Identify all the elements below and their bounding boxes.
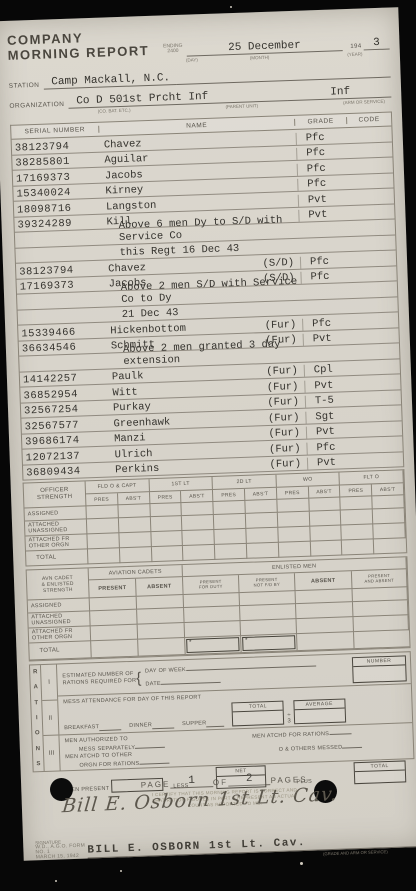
signature-caption-block: SIGNATURE W.D., A.G.O. FORM NO. 1 MARCH … xyxy=(35,839,88,861)
grade-value: Pvt xyxy=(298,208,350,222)
strength-empty-cell xyxy=(138,638,186,657)
officer-empty-cell xyxy=(215,544,247,560)
duty-status: (Fur) xyxy=(269,458,307,471)
officer-empty-cell xyxy=(246,528,278,544)
officer-empty-cell xyxy=(373,523,405,539)
officer-empty-cell xyxy=(182,515,214,531)
strength-empty-cell xyxy=(90,610,137,627)
enlisted-absent-subheader: ABSENT xyxy=(295,571,353,591)
grade-value: Pfc xyxy=(296,131,348,145)
officer-empty-cell xyxy=(86,505,118,519)
col-grade: GRADE xyxy=(295,117,347,126)
others-messed-line: O & OTHERS MESSED xyxy=(253,740,410,754)
grade-value: Pfc xyxy=(296,146,348,160)
officer-empty-cell xyxy=(119,532,151,548)
officer-empty-cell xyxy=(118,504,150,518)
officer-empty-cell xyxy=(183,530,215,546)
footnote-asterisk: * xyxy=(189,640,192,646)
officer-empty-cell xyxy=(373,508,405,524)
officer-empty-cell xyxy=(372,495,404,509)
footnote-asterisk: * xyxy=(245,638,248,644)
grade-value: Pfc xyxy=(302,316,354,330)
rations-section: RATIONS I II III ESTIMATED NUMBER OF RAT… xyxy=(29,651,415,772)
supper-label: SUPPER xyxy=(182,720,207,728)
officer-empty-cell xyxy=(246,513,278,529)
officer-strength-table: OFFICERSTRENGTHFLD O & CAPT1ST LT2D LTWO… xyxy=(23,469,408,566)
officer-empty-cell xyxy=(88,548,120,564)
officer-empty-cell xyxy=(374,538,406,554)
total-count-box: * xyxy=(241,634,298,653)
grade-value: Cpl xyxy=(304,363,356,377)
breakfast-label: BREAKFAST xyxy=(64,724,99,732)
officer-empty-cell xyxy=(341,496,373,510)
grade-value: Pvt xyxy=(304,378,356,392)
strength-empty-cell xyxy=(354,630,410,649)
grade-value: T-5 xyxy=(305,394,357,408)
officer-empty-cell xyxy=(245,500,277,514)
ending-2400-label: ENDING 2400 xyxy=(163,44,183,55)
atchd-rations-line: MEN ATCHD FOR RATIONS xyxy=(252,726,409,740)
officer-empty-cell xyxy=(310,525,342,541)
year-prefix: 194 xyxy=(350,44,361,50)
officer-row-label: TOTAL xyxy=(26,549,88,566)
officer-empty-cell xyxy=(310,540,342,556)
serial-number: 36809434 xyxy=(23,465,111,480)
strength-empty-cell xyxy=(91,625,138,642)
station-underline xyxy=(176,77,390,85)
grade-value: Pvt xyxy=(298,193,350,207)
roster-body: 38123794ChavezPfc38285801AguilarPfc17169… xyxy=(12,127,404,481)
total-count-box: * xyxy=(185,636,242,655)
grade-value: Sgt xyxy=(305,409,357,423)
number-box: NUMBER xyxy=(352,655,407,683)
rations-letter: I xyxy=(36,715,38,721)
officer-empty-cell xyxy=(309,498,341,512)
station-label: STATION xyxy=(9,82,40,91)
rations-letter: O xyxy=(35,730,40,736)
rations-letter: N xyxy=(36,746,41,752)
duty-status: (Fur) xyxy=(267,380,305,393)
roster-table: SERIAL NUMBER NAME GRADE CODE 38123794Ch… xyxy=(10,111,404,480)
officer-empty-cell xyxy=(247,543,279,559)
grade-value: Pfc xyxy=(300,270,352,284)
officer-empty-cell xyxy=(182,502,214,516)
officer-empty-cell xyxy=(279,542,311,558)
present-and-absent-subheader: PRESENTAND ABSENT xyxy=(352,569,408,589)
scan-speck xyxy=(300,862,303,865)
duty-status: (Fur) xyxy=(265,318,303,331)
rations-letter: R xyxy=(33,669,38,675)
morning-report-sheet: COMPANY MORNING REPORT ENDING 2400 25 De… xyxy=(0,7,416,861)
rations-numeral-3: III xyxy=(43,736,59,771)
col-serial-number: SERIAL NUMBER xyxy=(11,126,99,136)
mess-total-box: TOTAL xyxy=(232,701,285,727)
grade-value: Pfc xyxy=(297,177,349,191)
form-title: COMPANY MORNING REPORT ENDING 2400 25 De… xyxy=(7,20,390,69)
rations-letter: T xyxy=(34,700,38,706)
officer-empty-cell xyxy=(150,516,182,532)
officer-empty-cell xyxy=(87,533,119,549)
strength-empty-cell xyxy=(91,640,139,659)
grade-value: Pfc xyxy=(297,162,349,176)
officer-empty-cell xyxy=(120,547,152,563)
rations-numeral-2: II xyxy=(42,700,58,736)
duty-status: (Fur) xyxy=(267,396,305,409)
rations-letter: A xyxy=(33,685,38,691)
officer-empty-cell xyxy=(341,509,373,525)
officer-empty-cell xyxy=(342,539,374,555)
duty-status: (Fur) xyxy=(268,411,306,424)
rations-numeral-1: I xyxy=(41,665,57,701)
officer-empty-cell xyxy=(277,499,309,513)
strength-empty-cell xyxy=(137,608,184,625)
grade-value: Pfc xyxy=(300,254,352,268)
officer-empty-cell xyxy=(309,511,341,527)
year-digit: 3 xyxy=(363,37,389,51)
present-not-fd-subheader: PRESENTNOT F/D BY xyxy=(239,573,296,593)
officer-empty-cell xyxy=(214,501,246,515)
rations-letter: S xyxy=(36,761,40,767)
grade-value: Pvt xyxy=(303,332,355,346)
grade-value: Pvt xyxy=(307,456,359,470)
officer-empty-cell xyxy=(183,545,215,561)
strength-empty-cell xyxy=(297,632,355,651)
scan-speck xyxy=(120,870,122,872)
officer-empty-cell xyxy=(278,527,310,543)
code-cell xyxy=(359,466,403,468)
dinner-label: DINNER xyxy=(129,722,152,730)
station-value: Camp Mackall, N.C. xyxy=(43,72,176,90)
average-box: AVERAGE xyxy=(293,698,346,724)
duty-status: (Fur) xyxy=(266,365,304,378)
duty-status: (S/D) xyxy=(262,256,300,269)
strength-empty-cell xyxy=(138,623,185,640)
officer-empty-cell xyxy=(150,503,182,517)
enlisted-strength-table: AVN CADET& ENLISTEDSTRENGTHAVIATION CADE… xyxy=(26,556,411,661)
grade-value: Pvt xyxy=(306,425,358,439)
divide-by-three: ÷3 xyxy=(287,712,291,724)
officer-empty-cell xyxy=(215,529,247,545)
officer-empty-cell xyxy=(342,524,374,540)
officer-empty-cell xyxy=(151,531,183,547)
officer-strength-header: OFFICERSTRENGTH xyxy=(24,481,87,508)
duty-status: (Fur) xyxy=(268,427,306,440)
avn-cadet-strength-header: AVN CADET& ENLISTEDSTRENGTH xyxy=(27,568,90,600)
officer-empty-cell xyxy=(119,517,151,533)
brace-glyph: { xyxy=(136,669,142,686)
strength-row-label: TOTAL xyxy=(29,641,92,660)
cadet-present-subheader: PRESENT xyxy=(89,579,137,599)
col-code: CODE xyxy=(347,116,391,125)
cadet-absent-subheader: ABSENT xyxy=(136,577,184,597)
officer-empty-cell xyxy=(214,514,246,530)
officer-empty-cell xyxy=(87,518,119,534)
officer-empty-cell xyxy=(152,546,184,562)
scan-speck xyxy=(230,6,232,8)
date-field: DATE xyxy=(145,672,352,688)
duty-status: (Fur) xyxy=(269,442,307,455)
scan-speck xyxy=(55,880,57,882)
officer-empty-cell xyxy=(278,512,310,528)
present-for-duty-subheader: PRESENTFOR DUTY xyxy=(183,575,240,595)
grade-value: Pfc xyxy=(306,440,358,454)
net-box: NET xyxy=(216,765,267,789)
scanned-morning-report: { "header": { "title_line1": "COMPANY", … xyxy=(0,0,416,891)
